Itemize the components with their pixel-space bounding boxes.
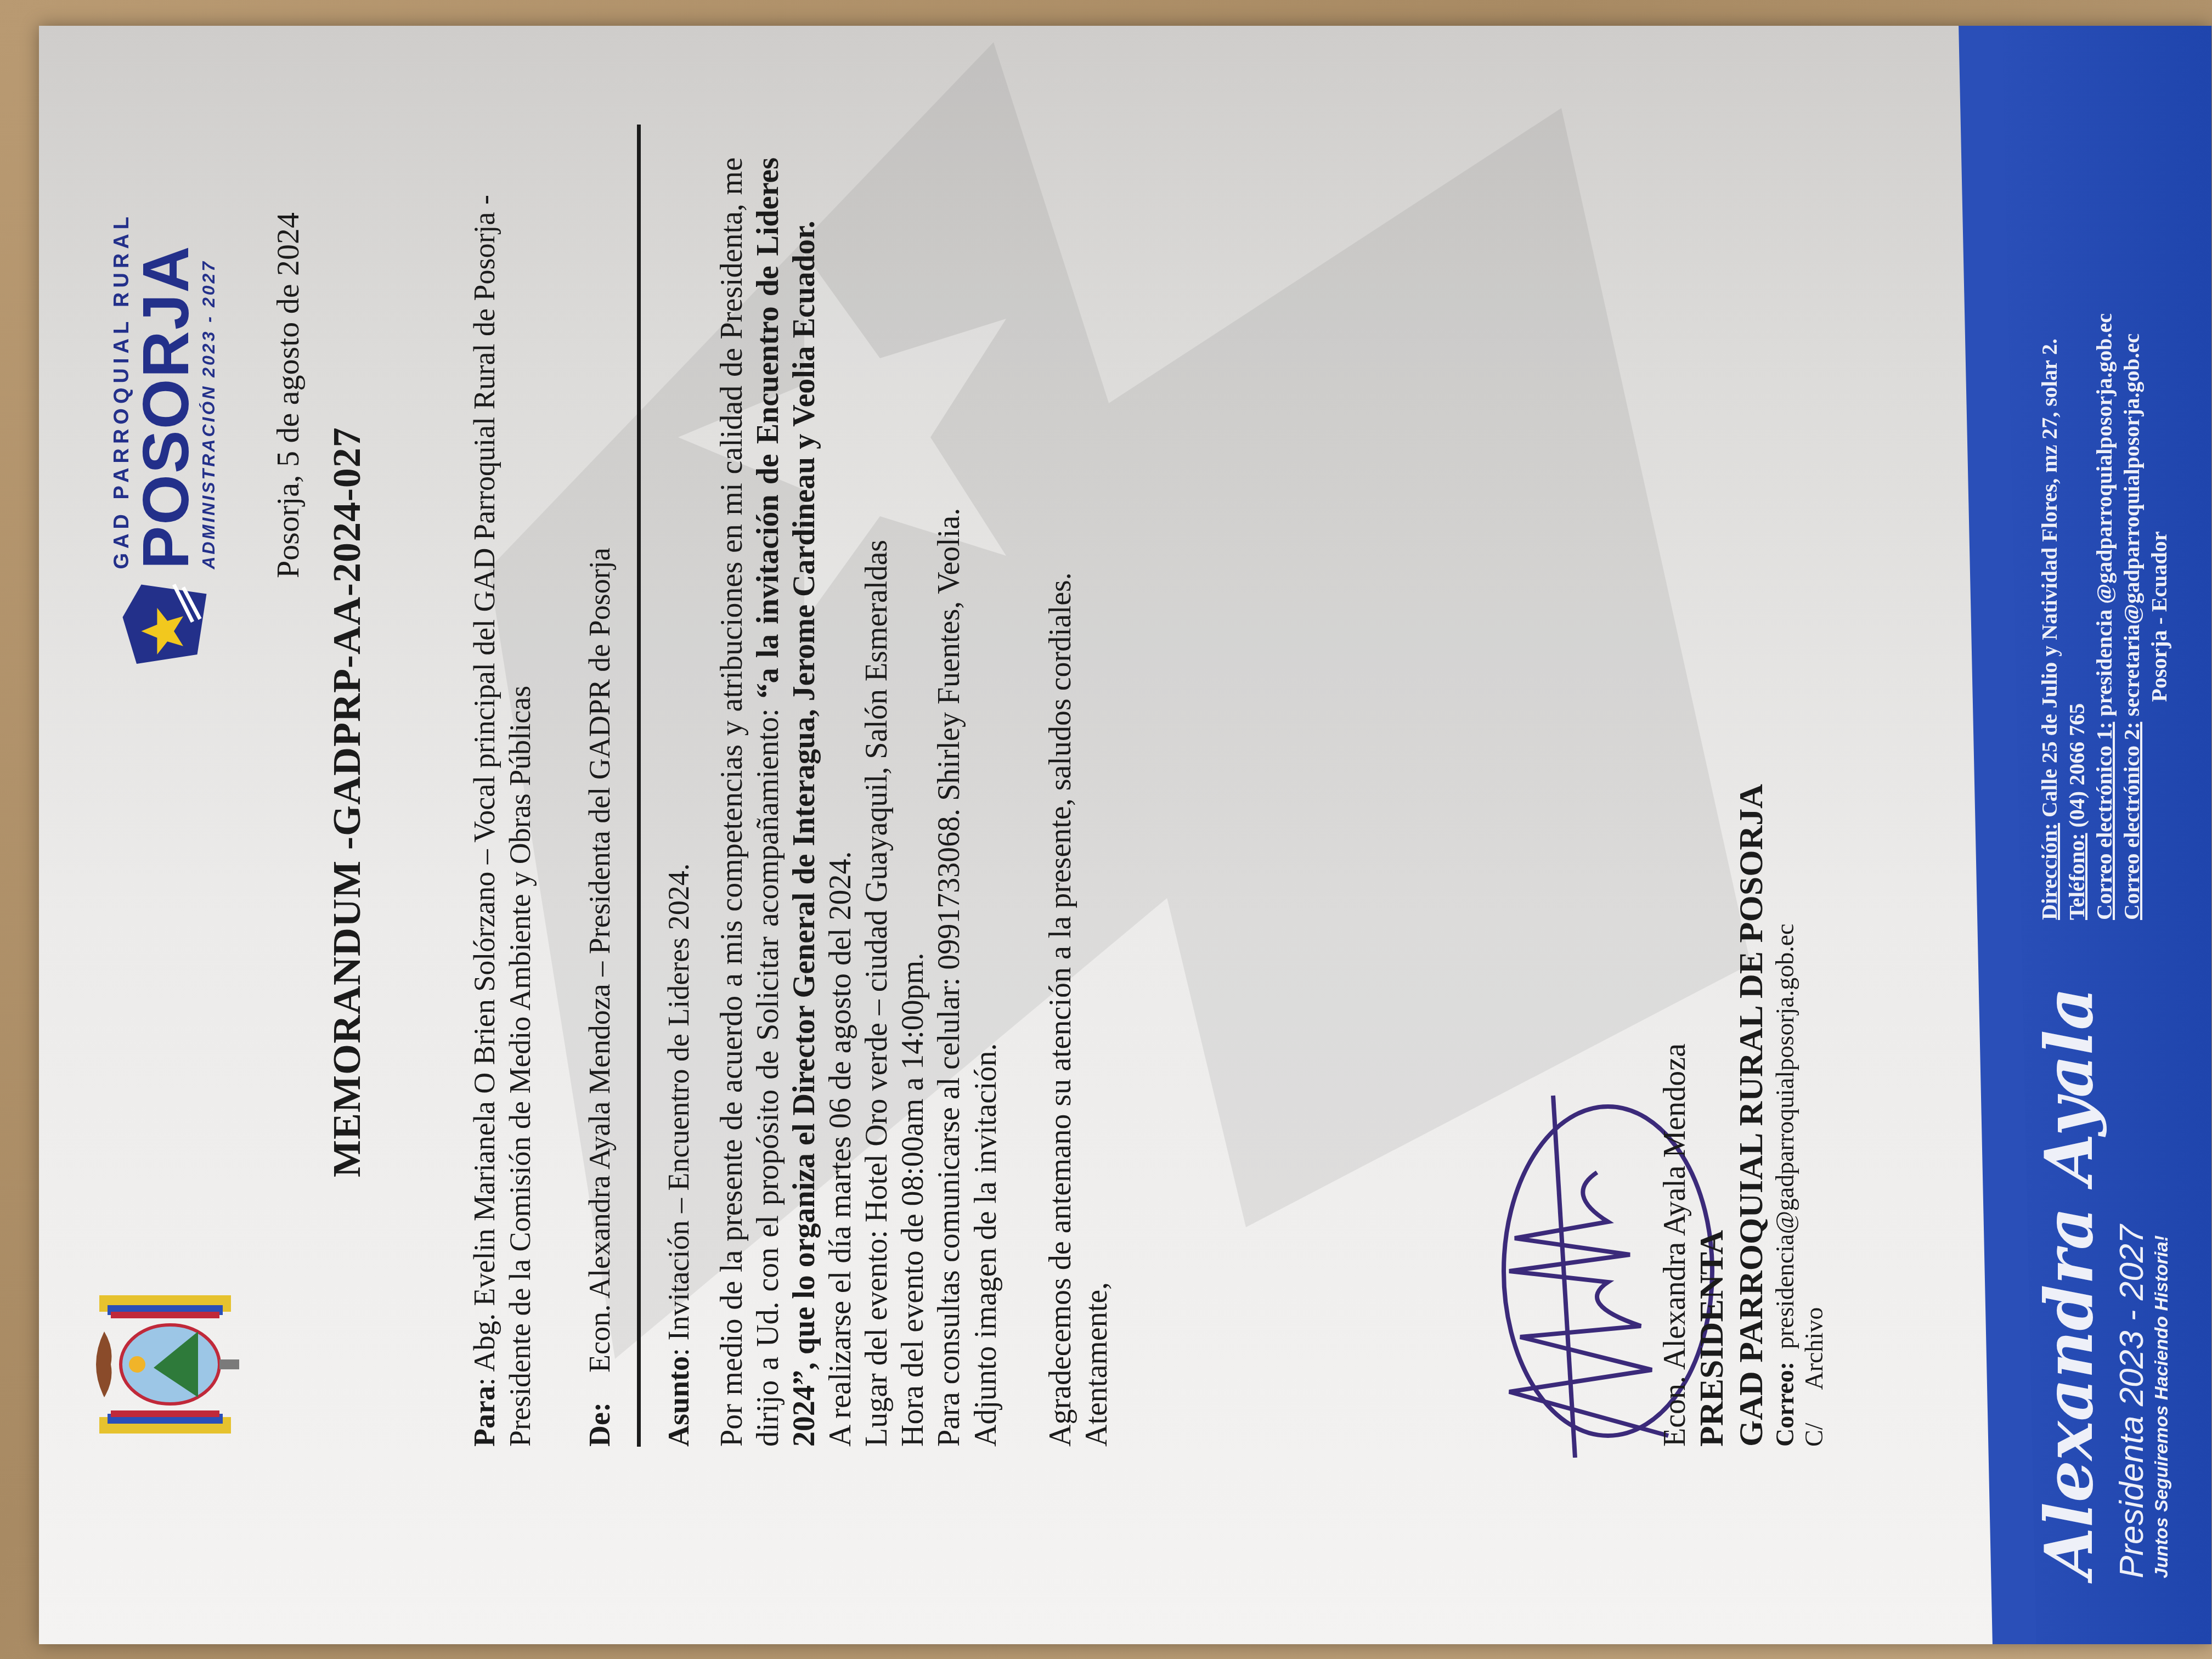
signature-block: Econ. Alexandra Ayala Mendoza PRESIDENTA… <box>1657 784 1829 1447</box>
detail-line: A realizarse el día martes 06 de agosto … <box>822 157 859 1447</box>
footer-email-2: Correo electrónico 2: secretaria@gadparr… <box>2118 313 2146 920</box>
brand-name: POSORJA <box>134 212 199 569</box>
footer-phone: Teléfono: (04) 2066 765 <box>2063 313 2091 920</box>
brand-admin-text: ADMINISTRACIÓN 2023 - 2027 <box>199 212 219 569</box>
cc-label: C/ <box>1800 1423 1828 1447</box>
footer-band: Alexandra Ayala Presidenta 2023 - 2027 J… <box>1997 26 2211 1644</box>
footer-role: Presidenta 2023 - 2027 <box>2112 920 2151 1578</box>
memo-body: Por medio de la presente de acuerdo a mi… <box>714 157 1115 1447</box>
detail-line: Lugar del evento: Hotel Oro verde – ciud… <box>859 157 895 1447</box>
photographed-page: GAD PARROQUIAL RURAL POSORJA ADMINISTRAC… <box>39 26 2211 1644</box>
memo-title: MEMORANDUM -GADPRP-AA-2024-027 <box>324 125 370 1480</box>
para-value: : Abg. Evelin Marianela O Brien Solórzan… <box>468 195 537 1447</box>
email2-value: secretaria@gadparroquialposorja.gob.ec <box>2119 334 2144 722</box>
closing-line: Atentamente, <box>1079 157 1115 1447</box>
detail-line: Adjunto imagen de la invitación. <box>968 157 1004 1447</box>
posorja-brand-logo: GAD PARROQUIAL RURAL POSORJA ADMINISTRAC… <box>110 212 219 673</box>
email-label: Correo: <box>1771 1362 1799 1447</box>
detail-line: Para consultas comunicarse al celular: 0… <box>931 157 967 1447</box>
star-shield-icon <box>118 580 211 673</box>
field-de: De: Econ. Alexandra Ayala Mendoza – Pres… <box>582 157 618 1447</box>
memo-page: GAD PARROQUIAL RURAL POSORJA ADMINISTRAC… <box>39 26 2211 1644</box>
email2-label: Correo electrónico 2: <box>2119 722 2144 920</box>
signer-email-row: Correo: presidencia@gadparroquialposorja… <box>1771 784 1800 1447</box>
field-asunto: Asunto: Invitación – Encuentro de Lidere… <box>661 157 697 1447</box>
field-para: Para: Abg. Evelin Marianela O Brien Soló… <box>467 157 538 1447</box>
memo-fields: Para: Abg. Evelin Marianela O Brien Soló… <box>467 157 741 1447</box>
footer-slogan: Juntos Seguiremos Haciendo Historia! <box>2151 920 2172 1578</box>
asunto-value: : Invitación – Encuentro de Lideres 2024… <box>662 864 695 1356</box>
ecuador-coat-of-arms-icon <box>88 1282 242 1447</box>
address-label: Dirección: <box>2037 823 2062 920</box>
memo-date: Posorja, 5 de agosto de 2024 <box>269 212 306 578</box>
de-label: De: <box>583 1402 616 1447</box>
signer-name: Econ. Alexandra Ayala Mendoza <box>1657 784 1692 1447</box>
thanks-line: Agradecemos de antemano su atención a la… <box>1042 157 1079 1447</box>
signer-role: PRESIDENTA <box>1692 784 1731 1447</box>
footer-branding: Alexandra Ayala Presidenta 2023 - 2027 J… <box>2036 920 2172 1644</box>
para-label: Para <box>468 1386 501 1447</box>
de-value: Econ. Alexandra Ayala Mendoza – Presiden… <box>583 548 616 1373</box>
footer-location: Posorja - Ecuador <box>2146 313 2173 920</box>
footer-email-1: Correo electrónico 1: presidencia @gadpa… <box>2091 313 2118 920</box>
phone-label: Teléfono: <box>2064 833 2089 920</box>
footer-script-name: Alexandra Ayala <box>2036 920 2102 1578</box>
email1-value: presidencia @gadparroquialposorja.gob.ec <box>2092 313 2117 722</box>
cc-row: C/Archivo <box>1800 784 1829 1447</box>
phone-value: (04) 2066 765 <box>2064 703 2089 833</box>
email1-label: Correo electrónico 1: <box>2092 722 2117 920</box>
memo-content: GAD PARROQUIAL RURAL POSORJA ADMINISTRAC… <box>39 125 2211 1480</box>
signer-email: presidencia@gadparroquialposorja.gob.ec <box>1771 924 1799 1350</box>
footer-contact: Dirección: Calle 25 de Julio y Natividad… <box>2036 313 2173 920</box>
intro-bold-organizer: , que lo organiza el Director General de… <box>787 221 821 1370</box>
footer-address: Dirección: Calle 25 de Julio y Natividad… <box>2036 313 2063 920</box>
detail-line: Hora del evento de 08:00am a 14:00pm. <box>895 157 931 1447</box>
header-divider <box>637 125 641 1447</box>
cc-value: Archivo <box>1800 1307 1828 1390</box>
signer-org: GAD PARROQUIAL RURAL DE POSORJA <box>1732 784 1771 1447</box>
address-value: Calle 25 de Julio y Natividad Flores, mz… <box>2037 338 2062 823</box>
asunto-label: Asunto <box>662 1356 695 1447</box>
intro-paragraph: Por medio de la presente de acuerdo a mi… <box>714 157 822 1447</box>
